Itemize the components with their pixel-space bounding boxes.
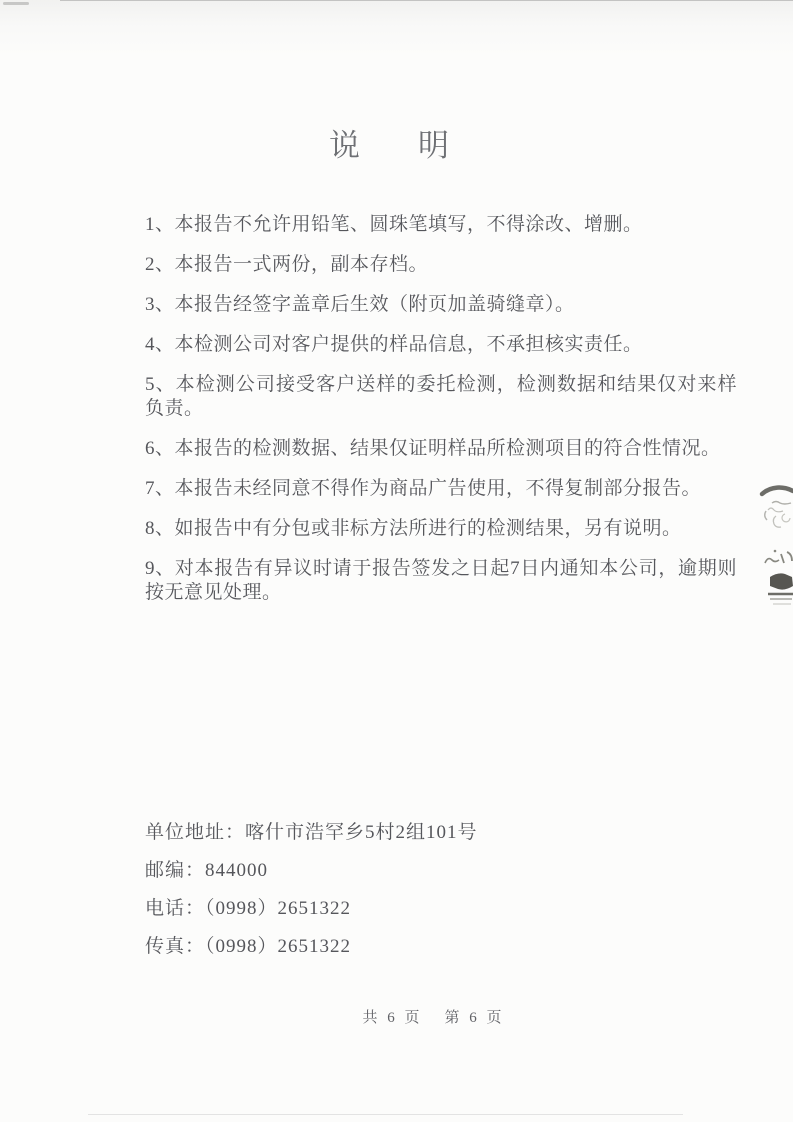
note-item-3: 3、本报告经签字盖章后生效（附页加盖骑缝章）。 (145, 293, 737, 317)
contact-address: 单位地址：喀什市浩罕乡5村2组101号 (145, 822, 478, 843)
scan-edge-line-bottom (88, 1114, 683, 1115)
note-item-4: 4、本检测公司对客户提供的样品信息，不承担核实责任。 (145, 333, 737, 357)
handwriting-mark-upper-icon (759, 480, 793, 536)
page-title: 说明 (0, 120, 793, 165)
scan-edge-line-top (60, 0, 793, 1)
note-item-1: 1、本报告不允许用铅笔、圆珠笔填写，不得涂改、增删。 (145, 213, 737, 237)
scan-shadow-top (0, 0, 793, 56)
note-item-6: 6、本报告的检测数据、结果仅证明样品所检测项目的符合性情况。 (145, 437, 737, 461)
contact-block: 单位地址：喀什市浩罕乡5村2组101号 邮编：844000 电话：（0998）2… (145, 822, 478, 974)
note-item-8: 8、如报告中有分包或非标方法所进行的检测结果，另有说明。 (145, 517, 737, 541)
note-item-9: 9、对本报告有异议时请于报告签发之日起7日内通知本公司，逾期则按无意见处理。 (145, 557, 737, 605)
scanned-report-page: 说明 1、本报告不允许用铅笔、圆珠笔填写，不得涂改、增删。 2、本报告一式两份，… (0, 0, 793, 1122)
page-footer: 共 6 页第 6 页 (0, 1006, 793, 1027)
scan-speck-top-left (3, 2, 29, 5)
footer-total-pages: 共 6 页 (362, 1010, 422, 1026)
note-item-5: 5、本检测公司接受客户送样的委托检测，检测数据和结果仅对来样负责。 (145, 373, 737, 421)
contact-phone: 电话：（0998）2651322 (145, 898, 478, 919)
note-item-7: 7、本报告未经同意不得作为商品广告使用，不得复制部分报告。 (145, 477, 737, 501)
contact-fax: 传真：（0998）2651322 (145, 936, 478, 957)
note-item-2: 2、本报告一式两份，副本存档。 (145, 253, 737, 277)
handwriting-mark-lower-icon (763, 549, 793, 611)
notes-list: 1、本报告不允许用铅笔、圆珠笔填写，不得涂改、增删。 2、本报告一式两份，副本存… (145, 213, 737, 621)
contact-postcode: 邮编：844000 (145, 860, 478, 881)
footer-current-page: 第 6 页 (445, 1010, 505, 1026)
